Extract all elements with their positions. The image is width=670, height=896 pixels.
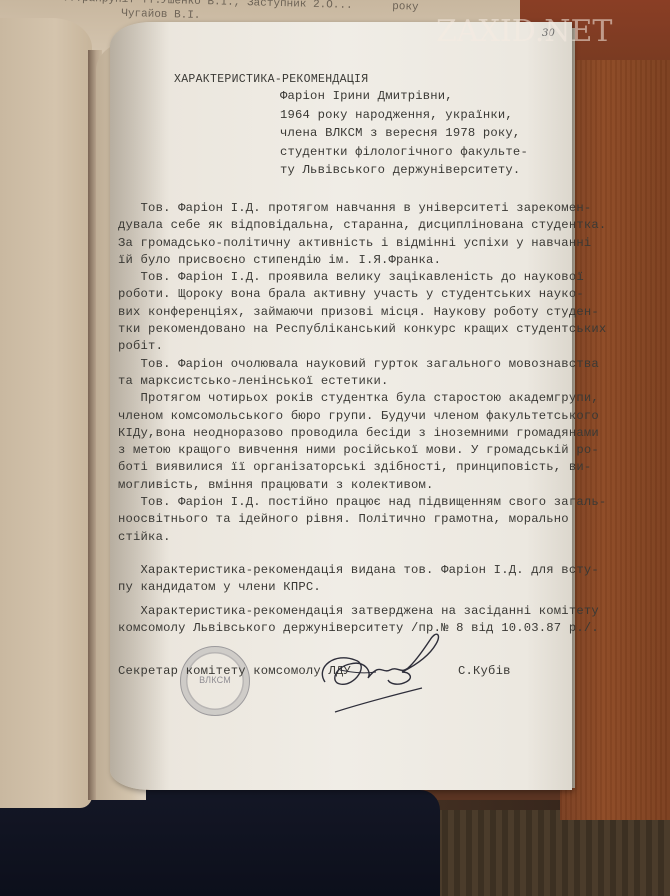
text-line: та марксистсько-ленінської естетики. [118,373,563,390]
paragraph: Тов. Фаріон І.Д. постійно працює над під… [118,494,563,546]
text-line: тки рекомендовано на Республіканський ко… [118,321,563,338]
text-line: дувала себе як відповідальна, старанна, … [118,217,563,234]
text-line: робіт. [118,338,563,355]
text-line: вих конференціях, займаючи призові місця… [118,304,563,321]
paragraph: Тов. Фаріон очолювала науковий гурток за… [118,356,563,391]
rug [430,810,670,896]
text-line: КІДу,вона неодноразово проводила бесіди … [118,425,563,442]
addressee-line: 1964 року народження, українки, [280,106,528,125]
text-line: пу кандидатом у члени КПРС. [118,579,563,596]
text-line: могливість, вміння працювати з колективо… [118,477,563,494]
text-line: Тов. Фаріон І.Д. проявила велику зацікав… [118,269,563,286]
photo-scene: ...рапруніт тт.Ушенко В.І., Заступник 2.… [0,0,670,896]
addressee-line: члена ВЛКСМ з вересня 1978 року, [280,124,528,143]
paragraph: Протягом чотирьох років студентка була с… [118,390,563,494]
text-line: Тов. Фаріон І.Д. постійно працює над під… [118,494,563,511]
text-line: Тов. Фаріон очолювала науковий гурток за… [118,356,563,373]
text-line: членом комсомольського бюро групи. Будуч… [118,408,563,425]
text-line: За громадсько-політичну активність і від… [118,235,563,252]
document-body: Тов. Фаріон І.Д. протягом навчання в уні… [118,200,563,637]
addressee-line: Фаріон Ірини Дмитрівни, [280,87,528,106]
addressee-line: студентки філологічного факульте- [280,143,528,162]
text-line: їй було присвоєно стипендію ім. І.Я.Фран… [118,252,563,269]
text-line: Характеристика-рекомендація видана тов. … [118,562,563,579]
text-line: ноосвітнього та ідейного рівня. Політичн… [118,511,563,528]
text-line: Тов. Фаріон І.Д. протягом навчання в уні… [118,200,563,217]
text-line: з метою кращого вивчення ними російської… [118,442,563,459]
addressee-line: ту Львівського держуніверситету. [280,161,528,180]
paragraph: Тов. Фаріон І.Д. протягом навчання в уні… [118,200,563,269]
document-title: ХАРАКТЕРИСТИКА-РЕКОМЕНДАЦІЯ [174,73,368,86]
watermark: ZAXID.NET [436,14,612,49]
paragraph: Тов. Фаріон І.Д. проявила велику зацікав… [118,269,563,355]
paragraph: Характеристика-рекомендація видана тов. … [118,562,563,597]
text-line: стійка. [118,529,563,546]
signatory-name: С.Кубів [458,664,511,678]
text-line: Протягом чотирьох років студентка була с… [118,390,563,407]
text-line: боті виявилися її організаторські здібно… [118,459,563,476]
text-line: роботи. Щороку вона брала активну участь… [118,286,563,303]
official-stamp: ВЛКСМ [180,646,250,716]
left-binder-page [0,18,92,808]
addressee-block: Фаріон Ірини Дмитрівни,1964 року народже… [280,87,528,180]
handwritten-signature [310,612,450,722]
document-content: 30 ХАРАКТЕРИСТИКА-РЕКОМЕНДАЦІЯ Фаріон Ір… [110,22,572,790]
